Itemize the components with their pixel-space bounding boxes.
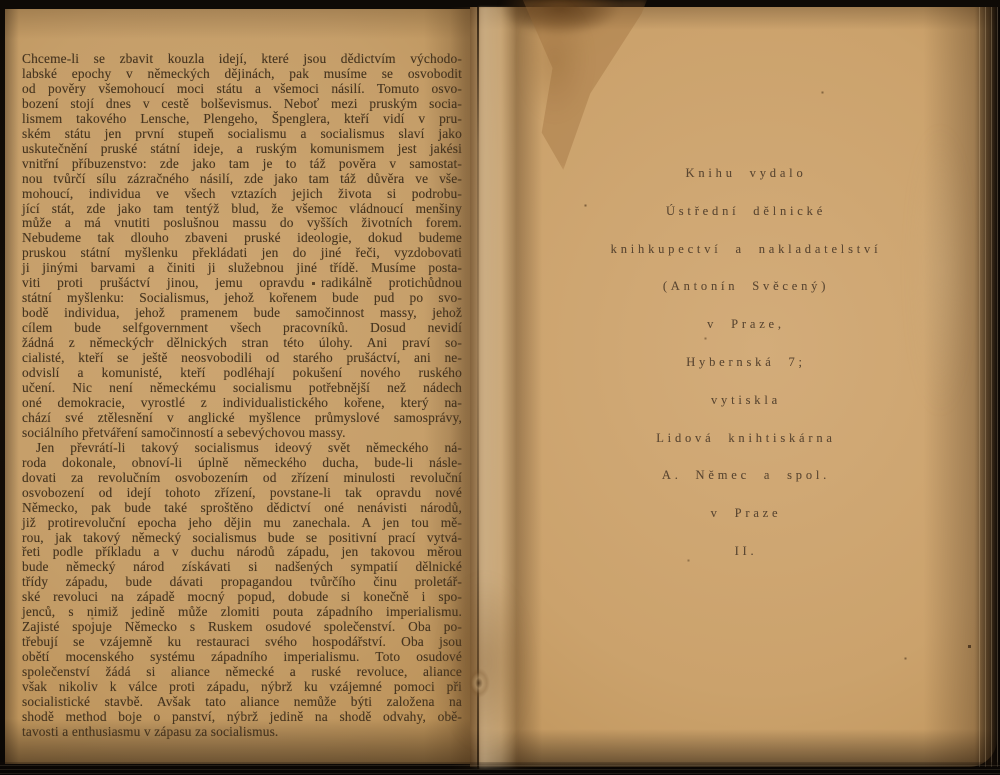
text-line: roda dokonale, obnoví-li úplně německého… — [22, 456, 462, 471]
colophon-line: Hybernská 7; — [526, 344, 966, 382]
text-line: sociálního přetváření samočinností a seb… — [22, 426, 462, 441]
colophon-line: knihkupectví a nakladatelství — [526, 231, 966, 269]
sewing-hole — [468, 668, 490, 698]
colophon-line: (Antonín Svěcený) — [526, 268, 966, 306]
colophon-line: A. Němec a spol. — [526, 457, 966, 495]
text-line: ské revoluci na západě mocný popud, dobu… — [22, 590, 462, 605]
text-line: rou, jak takový německý socialismus bude… — [22, 531, 462, 546]
text-line: dovati za revolučním osvobozením od zříz… — [22, 471, 462, 486]
text-line: třebují se vzájemně ku restauraci svého … — [22, 635, 462, 650]
text-line: shodě method boje o panství, nýbrž jedin… — [22, 710, 462, 725]
text-line: může a má vnutiti poslušnou massu do vyš… — [22, 216, 462, 231]
text-line: cílem bude selfgovernment všech pracovní… — [22, 321, 462, 336]
text-line: třídy západu, bude dávati propagandou tv… — [22, 575, 462, 590]
text-line: viti proti prušáctví jinou, jemu opravdu… — [22, 276, 462, 291]
text-line: Zajisté spojuje Německo s Ruskem osudové… — [22, 620, 462, 635]
text-line: cialisté, kteří se ještě neosvobodili od… — [22, 351, 462, 366]
colophon-text: Knihu vydaloÚstřední dělnickéknihkupectv… — [526, 155, 966, 571]
binding-crease — [477, 7, 479, 769]
text-line: labské epochy v německých dějinách, pak … — [22, 67, 462, 82]
text-line: obětí mocenského systému západního imper… — [22, 650, 462, 665]
left-page: Chceme-li se zbavit kouzla idejí, které … — [5, 9, 470, 764]
colophon-line: vytiskla — [526, 382, 966, 420]
text-line: bodě individua, jehož pramenem bude samo… — [22, 306, 462, 321]
text-line: socialistické stavbě. Avšak tato aliance… — [22, 695, 462, 710]
text-line: ském státu jen první stupeň socialismu a… — [22, 127, 462, 142]
colophon-line: v Praze, — [526, 306, 966, 344]
text-line: státní myšlenku: Socialismus, jehož koře… — [22, 291, 462, 306]
text-line: nou tvůrčí sílu zázračného násilí, zde j… — [22, 172, 462, 187]
left-page-text: Chceme-li se zbavit kouzla idejí, které … — [22, 52, 462, 740]
text-line: pruskou státní myšlenku překládati jen d… — [22, 246, 462, 261]
colophon-line: v Praze — [526, 495, 966, 533]
page-stack-edge-right — [974, 7, 1000, 767]
text-line: oné demokracie, vyrostlé z individualist… — [22, 396, 462, 411]
text-line: osvobození od idejí tohoto zřízení, povs… — [22, 486, 462, 501]
text-line: Jen převrátí-li takový socialismus ideov… — [22, 441, 462, 456]
text-line: Německo, pak bude také sproštěno dědictv… — [22, 501, 462, 516]
text-line: společenství žádá si aliance německé a r… — [22, 665, 462, 680]
text-line: již protirevoluční epocha jeho dějin mu … — [22, 516, 462, 531]
text-line: jící stát, zde jako tam tentýž blud, že … — [22, 202, 462, 217]
book-scan: Chceme-li se zbavit kouzla idejí, které … — [0, 0, 1000, 775]
colophon-line: Ústřední dělnické — [526, 193, 966, 231]
text-line: řeti podle příkladu a v duchu národů záp… — [22, 545, 462, 560]
text-line: bození stojí dnes v cestě bolševismus. N… — [22, 97, 462, 112]
page-stack-edge-bottom — [0, 762, 1000, 775]
text-line: od pověry všemohoucí moci státu a všemoc… — [22, 82, 462, 97]
text-line: však nikoliv k válce proti západu, nýbrž… — [22, 680, 462, 695]
right-page: Knihu vydaloÚstřední dělnickéknihkupectv… — [470, 7, 997, 767]
text-line: Chceme-li se zbavit kouzla idejí, které … — [22, 52, 462, 67]
text-line: Nebudeme tak dlouho zbaveni pruské ideol… — [22, 231, 462, 246]
text-line: vnitřní příbuzenstvo: zde jako tam je to… — [22, 157, 462, 172]
text-line: uskutečnění pruské státní ideje, a ruský… — [22, 142, 462, 157]
text-line: chází své ztělesnění v anglické myšlence… — [22, 411, 462, 426]
text-line: jenců, s nimiž jedině může zlomiti pouta… — [22, 605, 462, 620]
text-line: ji jinými barvami a činiti ji služebnou … — [22, 261, 462, 276]
text-line: bude německý národ získávati si nadšenýc… — [22, 560, 462, 575]
paper-specks — [0, 0, 1, 1]
colophon-line: Lidová knihtiskárna — [526, 420, 966, 458]
text-line: odvislí a komunisté, kteří podléhají pok… — [22, 366, 462, 381]
torn-leaf-edge — [479, 7, 519, 769]
text-line: tavosti a enthusiasmu v zápasu za social… — [22, 725, 462, 740]
text-line: učení. Nic není německému socialismu pot… — [22, 381, 462, 396]
text-line: žádná z německých dělnických stran této … — [22, 336, 462, 351]
colophon-line: II. — [526, 533, 966, 571]
colophon-line: Knihu vydalo — [526, 155, 966, 193]
text-line: lismem takového Lensche, Plengeho, Špeng… — [22, 112, 462, 127]
text-line: mohoucí, individua ve všech vztazích jej… — [22, 187, 462, 202]
